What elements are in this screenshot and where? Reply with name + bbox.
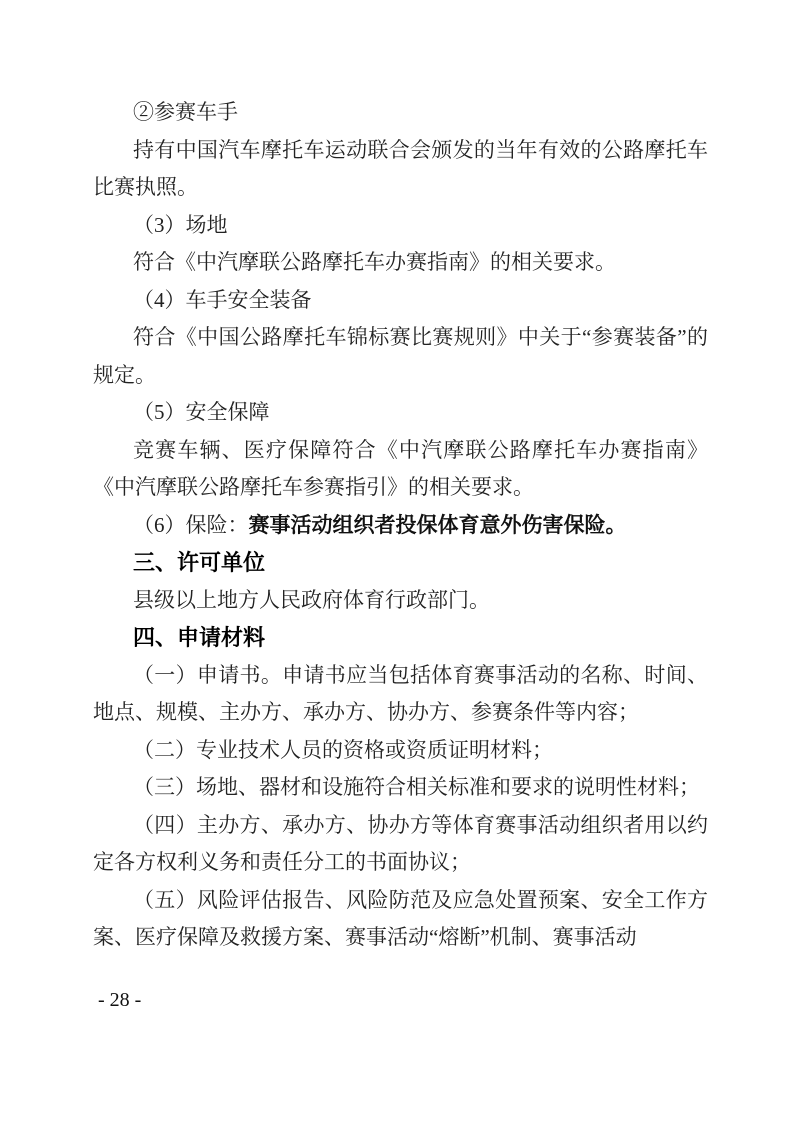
material-item-3: （三）场地、器材和设施符合相关标准和要求的说明性材料；	[93, 769, 708, 807]
clause-insurance-label: （6）保险：	[133, 513, 249, 537]
clause-venue-heading: （3）场地	[93, 207, 708, 245]
clause-rider-heading: ②参赛车手	[93, 94, 708, 132]
section-heading-application-materials: 四、申请材料	[93, 619, 708, 657]
clause-insurance-emphasis: 赛事活动组织者投保体育意外伤害保险。	[249, 513, 627, 537]
material-item-5: （五）风险评估报告、风险防范及应急处置预案、安全工作方案、医疗保障及救援方案、赛…	[93, 882, 708, 957]
clause-insurance: （6）保险：赛事活动组织者投保体育意外伤害保险。	[93, 507, 708, 545]
material-item-1: （一）申请书。申请书应当包括体育赛事活动的名称、时间、地点、规模、主办方、承办方…	[93, 657, 708, 732]
clause-safety-assurance-heading: （5）安全保障	[93, 394, 708, 432]
clause-rider-body: 持有中国汽车摩托车运动联合会颁发的当年有效的公路摩托车比赛执照。	[93, 132, 708, 207]
material-item-2: （二）专业技术人员的资格或资质证明材料；	[93, 732, 708, 770]
clause-venue-body: 符合《中汽摩联公路摩托车办赛指南》的相关要求。	[93, 244, 708, 282]
clause-safety-assurance-body: 竞赛车辆、医疗保障符合《中汽摩联公路摩托车办赛指南》《中汽摩联公路摩托车参赛指引…	[93, 432, 708, 507]
page-number: - 28 -	[98, 988, 141, 1012]
clause-safety-gear-body: 符合《中国公路摩托车锦标赛比赛规则》中关于“参赛装备”的规定。	[93, 319, 708, 394]
document-page: ②参赛车手 持有中国汽车摩托车运动联合会颁发的当年有效的公路摩托车比赛执照。 （…	[0, 0, 794, 1123]
material-item-4: （四）主办方、承办方、协办方等体育赛事活动组织者用以约定各方权利义务和责任分工的…	[93, 807, 708, 882]
clause-safety-gear-heading: （4）车手安全装备	[93, 282, 708, 320]
permit-unit-body: 县级以上地方人民政府体育行政部门。	[93, 582, 708, 620]
document-body: ②参赛车手 持有中国汽车摩托车运动联合会颁发的当年有效的公路摩托车比赛执照。 （…	[93, 94, 708, 957]
section-heading-permit-unit: 三、许可单位	[93, 544, 708, 582]
